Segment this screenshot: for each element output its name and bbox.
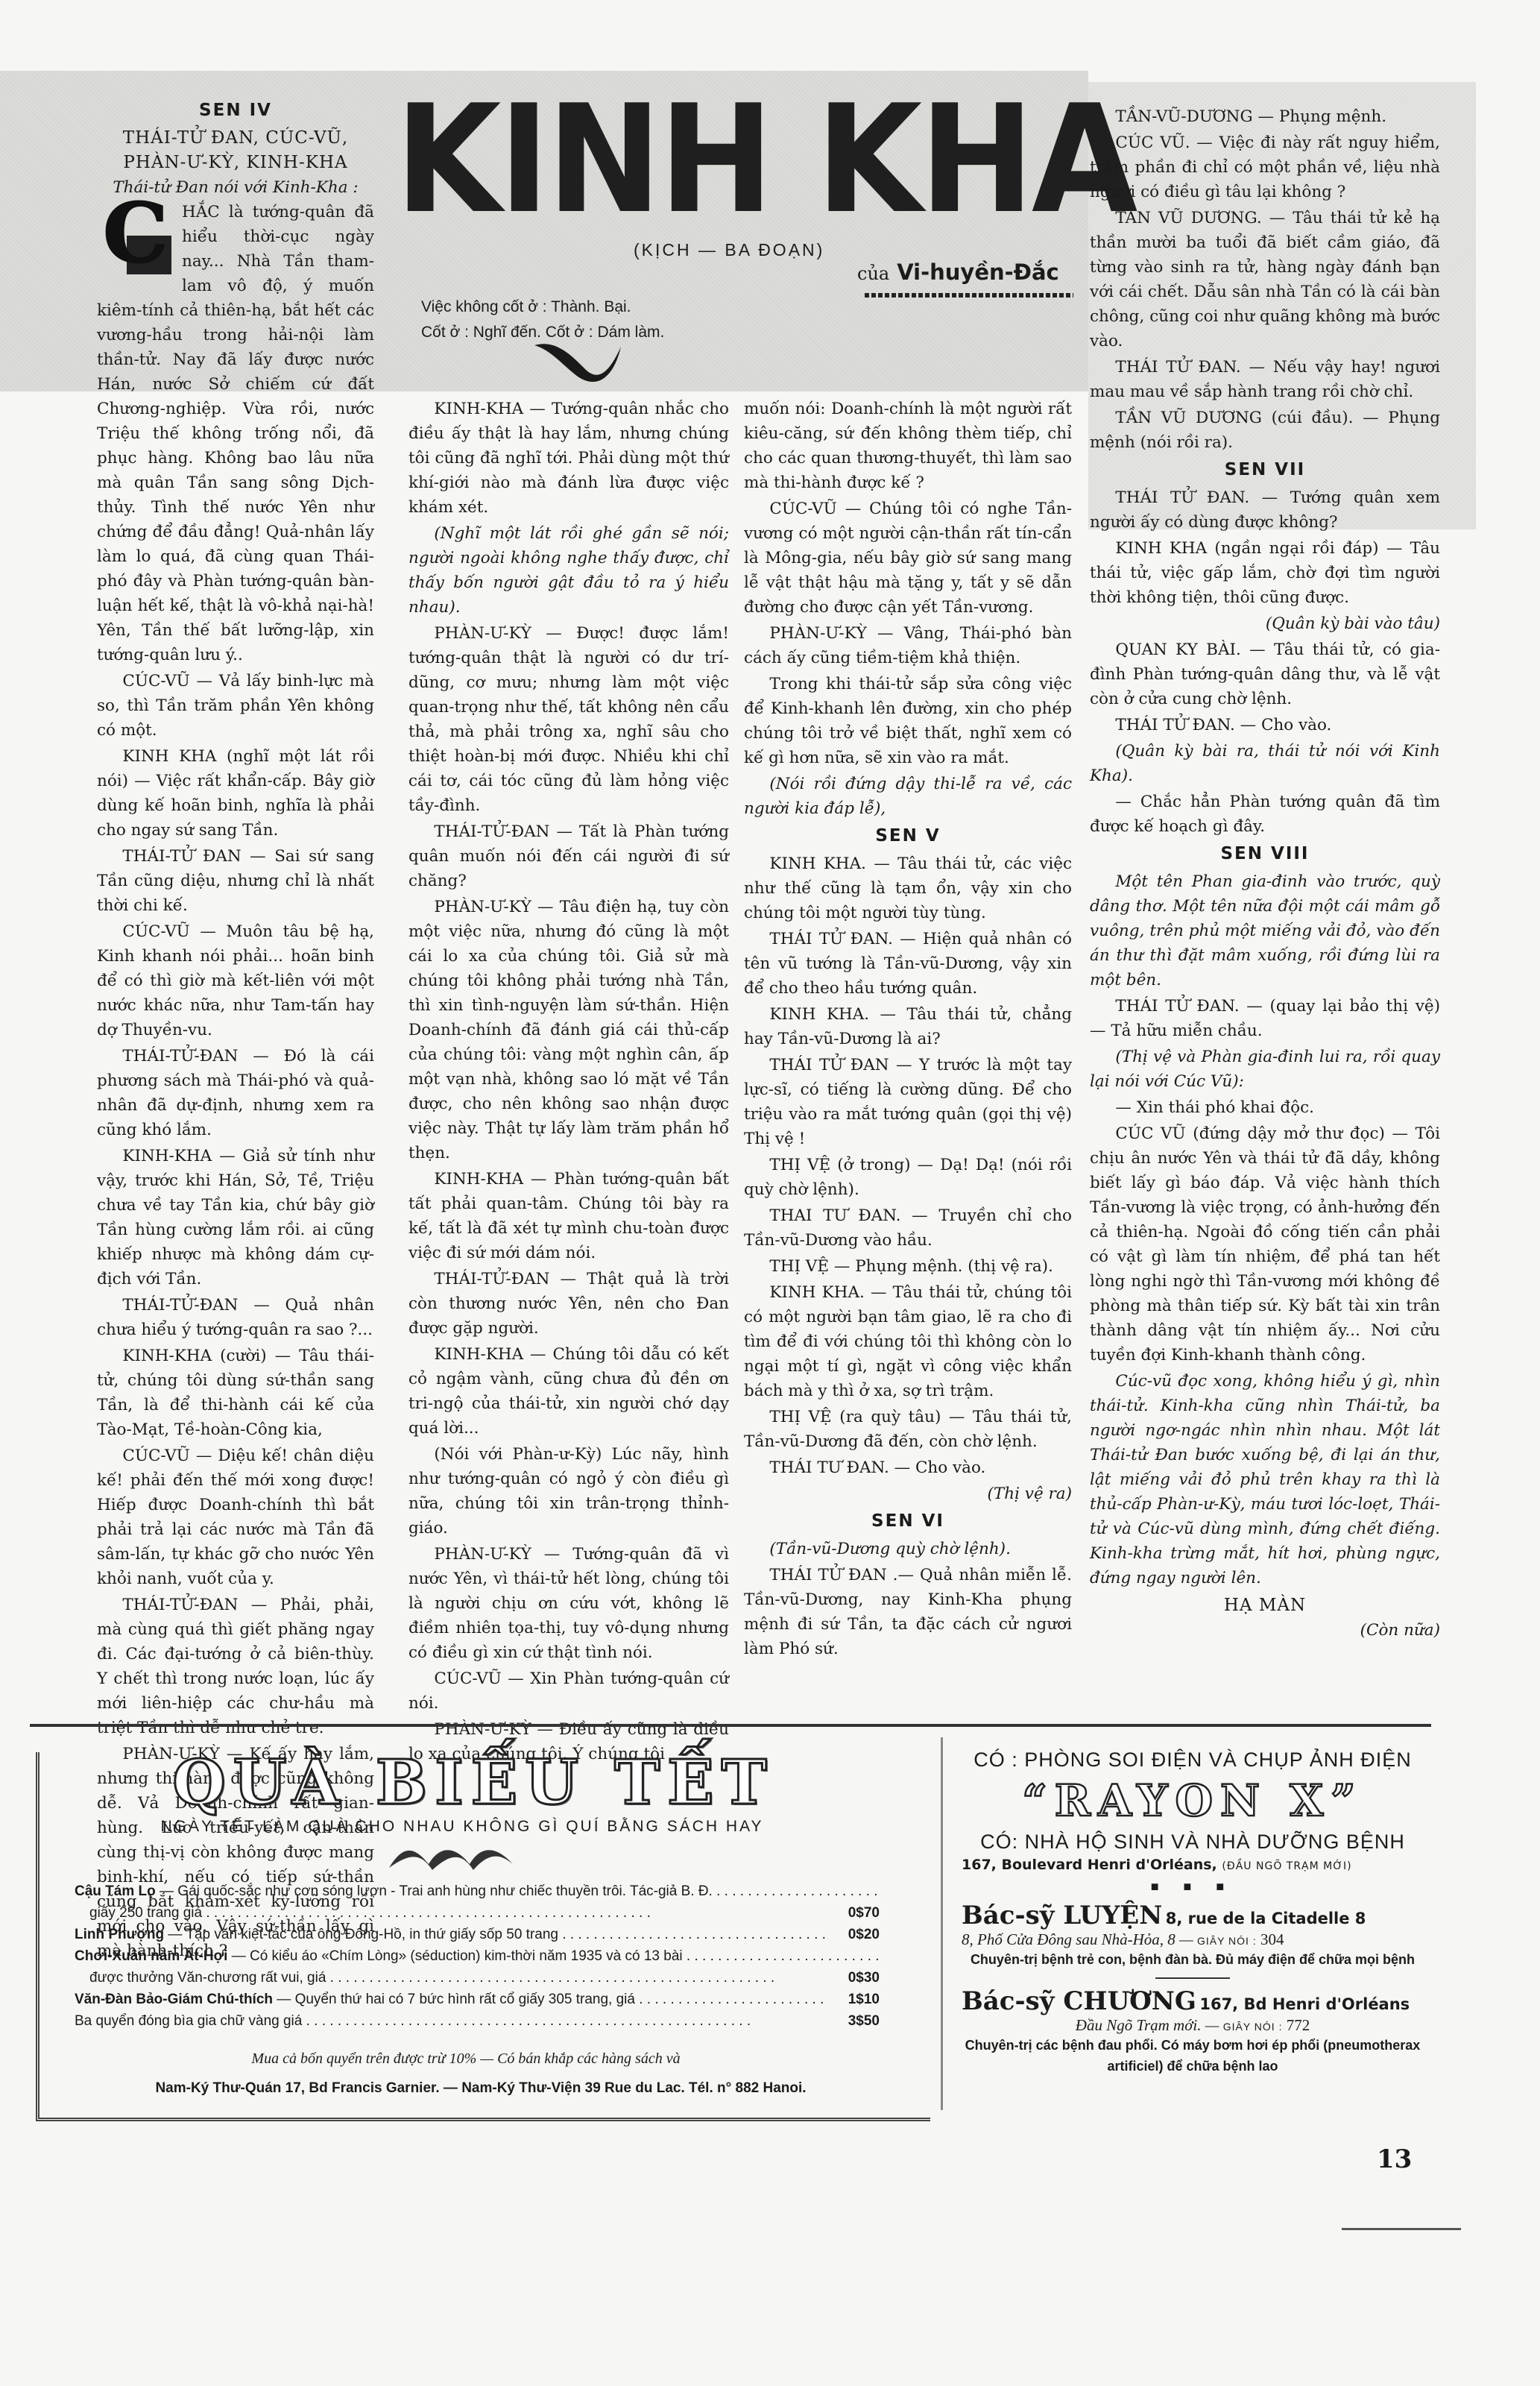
- scene-label: SEN IV: [97, 98, 374, 123]
- paragraph: QUAN KY BÀI. — Tâu thái tử, có gia-đình …: [1090, 638, 1440, 711]
- scene-label: SEN VIII: [1090, 842, 1440, 866]
- page-number: 13: [1377, 2144, 1412, 2174]
- paragraph: PHÀN-Ư-KỲ — Tâu điện hạ, tuy còn một việ…: [408, 895, 729, 1165]
- stage-direction: (Nghĩ một lát rồi ghé gần sẽ nói; người …: [408, 521, 729, 620]
- stage-direction: Một tên Phan gia-đinh vào trước, quỳ dân…: [1090, 869, 1440, 992]
- clinic-address: 167, Boulevard Henri d'Orléans, (ĐẦU NGÕ…: [962, 1857, 1424, 1873]
- doctor-2-address: Đầu Ngõ Trạm mới. — GIÂY NÓI : 772: [962, 2016, 1424, 2035]
- paragraph: — Chắc hẳn Phàn tướng quân đã tìm được k…: [1090, 790, 1440, 839]
- ad-discount-note: Mua cả bốn quyển trên được trừ 10% — Có …: [112, 2050, 820, 2068]
- stage-direction: (Thị vệ ra): [744, 1482, 1072, 1506]
- section-divider: [30, 1724, 1431, 1727]
- paragraph: THÁI-TỬ-ĐAN — Thật quả là trời còn thươn…: [408, 1267, 729, 1341]
- column-2: KINH-KHA — Tướng-quân nhắc cho điều ấy t…: [408, 397, 729, 1768]
- paragraph: KINH KHA. — Tâu thái tử, chúng tôi có mộ…: [744, 1280, 1072, 1403]
- column-1: SEN IV THÁI-TỬ ĐAN, CÚC-VŨ, PHÀN-Ư-KỲ, K…: [97, 95, 374, 1965]
- author-name: Vi-huyền-Đắc: [897, 259, 1059, 285]
- paragraph: THÁI TỬ ĐAN. — Cho vào.: [1090, 713, 1440, 737]
- paragraph: CHẮC là tướng-quân đã hiểu thời-cục ngày…: [97, 200, 374, 667]
- column-3: muốn nói: Doanh-chính là một người rất k…: [744, 397, 1072, 1663]
- masthead: KINH KHA: [395, 97, 1103, 246]
- doctor-2-description: Chuyên-trị các bệnh đau phổi. Có máy bơm…: [962, 2035, 1424, 2077]
- section-divider: [941, 1737, 943, 2110]
- stage-direction: (Quân kỳ bài ra, thái tử nói với Kinh Kh…: [1090, 739, 1440, 788]
- square-ornament-icon: ■ ■ ■: [962, 1879, 1424, 1895]
- paragraph: PHÀN-Ư-KỲ — Vâng, Thái-phó bàn cách ấy c…: [744, 621, 1072, 670]
- doctor-1-address: 8, Phố Cửa Đông sau Nhà-Hỏa, 8 — GIÂY NÓ…: [962, 1930, 1424, 1949]
- paragraph: (Nói với Phàn-ư-Kỳ) Lúc nãy, hình như tư…: [408, 1442, 729, 1540]
- paragraph: Trong khi thái-tử sắp sửa công việc để K…: [744, 672, 1072, 770]
- byline: củaVi-huyền-Đắc: [857, 259, 1059, 285]
- paragraph: — Xin thái phó khai độc.: [1090, 1095, 1440, 1120]
- stage-direction: Cúc-vũ đọc xong, không hiểu ý gì, nhìn t…: [1090, 1369, 1440, 1590]
- motto: Việc không cốt ở : Thành. Bại. Cốt ở : N…: [421, 295, 664, 345]
- paragraph: THÁI TỬ ĐAN. — (quay lại bảo thị vệ) — T…: [1090, 994, 1440, 1043]
- paragraph: KINH KHA (nghĩ một lát rồi nói) — Việc r…: [97, 744, 374, 843]
- paragraph: PHÀN-Ư-KỲ — Tướng-quân đã vì nước Yên, v…: [408, 1542, 729, 1665]
- paragraph: CÚC VŨ (đứng dậy mở thư đọc) — Tôi chịu …: [1090, 1121, 1440, 1367]
- stage-direction: (Thị vệ và Phàn gia-đinh lui ra, rồi qua…: [1090, 1045, 1440, 1094]
- paragraph: KINH KHA. — Tâu thái tử, chẳng hay Tần-v…: [744, 1002, 1072, 1051]
- paragraph: KINH-KHA — Giả sử tính như vậy, trước kh…: [97, 1144, 374, 1291]
- paragraph: KINH KHA (ngần ngại rồi đáp) — Tâu thái …: [1090, 536, 1440, 610]
- paragraph: TẦN-VŨ-DƯƠNG — Phụng mệnh.: [1090, 104, 1440, 129]
- scene-characters: THÁI-TỬ ĐAN, CÚC-VŨ,: [97, 126, 374, 151]
- bottom-rule: [1342, 2228, 1461, 2230]
- newspaper-page: KINH KHA (KỊCH — BA ĐOẠN) củaVi-huyền-Đắ…: [0, 0, 1540, 2386]
- paragraph: THỊ VỆ — Phụng mệnh. (thị vệ ra).: [744, 1254, 1072, 1279]
- book-item-price: được thưởng Văn-chương rất vui, giá0$30: [75, 1967, 880, 1989]
- book-item: Cậu Tám Lọ — Gái quốc-sắc như cơn sóng l…: [75, 1880, 880, 1902]
- paragraph: CÚC-VŨ — Chúng tôi có nghe Tần-vương có …: [744, 497, 1072, 620]
- continued-label: (Còn nữa): [1090, 1618, 1440, 1643]
- clinic-ad-line: CÓ : PHÒNG SOI ĐIỆN VÀ CHỤP ẢNH ĐIỆN: [962, 1745, 1424, 1775]
- paragraph: KINH-KHA — Chúng tôi dẫu có kết cỏ ngậm …: [408, 1342, 729, 1441]
- paragraph: CÚC-VŨ — Vả lấy binh-lực mà so, thì Tần …: [97, 669, 374, 743]
- paragraph: THÁI TỬ ĐAN .— Quả nhân miễn lễ. Tần-vũ-…: [744, 1563, 1072, 1661]
- curtain-label: HẠ MÀN: [1090, 1593, 1440, 1618]
- paragraph: PHÀN-Ư-KỲ — Được! được lắm! tướng-quân t…: [408, 621, 729, 818]
- paragraph: CÚC-VŨ — Diệu kế! chân diệu kế! phải đến…: [97, 1444, 374, 1591]
- paragraph: THÁI-TỬ-ĐAN — Tất là Phàn tướng quân muố…: [408, 819, 729, 893]
- paragraph: CÚC-VŨ — Muôn tâu bệ hạ, Kinh khanh nói …: [97, 919, 374, 1042]
- scene-label: SEN VII: [1090, 458, 1440, 482]
- doctor-1: Bác-sỹ LUYỆN 8, rue de la Citadelle 8: [962, 1901, 1424, 1930]
- book-list: Cậu Tám Lọ — Gái quốc-sắc như cơn sóng l…: [75, 1880, 880, 2032]
- paragraph: THÁI-TỬ-ĐAN — Đó là cái phương sách mà T…: [97, 1044, 374, 1142]
- paragraph: THÁI TỬ ĐAN. — Nếu vậy hay! ngươi mau ma…: [1090, 355, 1440, 404]
- article-title: KINH KHA: [395, 97, 1047, 224]
- byline-prefix: của: [857, 263, 889, 284]
- scene-characters: PHÀN-Ư-KỲ, KINH-KHA: [97, 151, 374, 175]
- paragraph: THÁI TỬ ĐAN — Y trước là một tay lực-sĩ,…: [744, 1053, 1072, 1151]
- clinic-ad: CÓ : PHÒNG SOI ĐIỆN VÀ CHỤP ẢNH ĐIỆN “RA…: [962, 1745, 1424, 2077]
- divider: [1155, 1977, 1230, 1979]
- paragraph: KINH KHA. — Tâu thái tử, các việc như th…: [744, 852, 1072, 925]
- ad-subtitle: NGÀY TẾT LÀM QUÀ CHO NHAU KHÔNG GÌ QUÍ B…: [89, 1818, 835, 1836]
- dropcap: C: [103, 203, 171, 274]
- paragraph: THÁI TỬ ĐAN. — Tướng quân xem người ấy c…: [1090, 485, 1440, 535]
- paragraph: THÁI-TỬ ĐAN — Sai sứ sang Tần cũng diệu,…: [97, 844, 374, 918]
- paragraph: THỊ VỆ (ở trong) — Dạ! Dạ! (nói rồi quỳ …: [744, 1153, 1072, 1202]
- rayon-x-heading: “RAYON X”: [962, 1775, 1424, 1827]
- paragraph: THỊ VỆ (ra quỳ tâu) — Tâu thái tử, Tần-v…: [744, 1405, 1072, 1454]
- book-item: Chơi-Xuân năm Ất-Hợi — Có kiểu áo «Chím …: [75, 1945, 880, 1967]
- scene-label: SEN VI: [744, 1509, 1072, 1534]
- doctor-2: Bác-sỹ CHƯƠNG 167, Bd Henri d'Orléans: [962, 1986, 1424, 2016]
- paragraph: muốn nói: Doanh-chính là một người rất k…: [744, 397, 1072, 495]
- paragraph: THÁI TỬ ĐAN. — Hiện quả nhân có tên vũ t…: [744, 927, 1072, 1001]
- column-4: TẦN-VŨ-DƯƠNG — Phụng mệnh. CÚC VŨ. — Việ…: [1090, 104, 1440, 1644]
- paragraph: THÁI-TỬ-ĐAN — Quả nhân chưa hiểu ý tướng…: [97, 1293, 374, 1342]
- swash-ornament-icon: [533, 339, 622, 384]
- paragraph: KINH-KHA — Phàn tướng-quân bất tất phải …: [408, 1167, 729, 1265]
- stage-direction: (Quân kỳ bài vào tâu): [1090, 611, 1440, 636]
- motto-line: Việc không cốt ở : Thành. Bại.: [421, 295, 664, 320]
- scene-label: SEN V: [744, 824, 1072, 849]
- paragraph: THÁI-TỬ-ĐAN — Phải, phải, mà cùng quá th…: [97, 1593, 374, 1740]
- book-item: Linh Phượng — Tập văn kiệt-tác của ông Đ…: [75, 1924, 880, 1945]
- paragraph: KINH-KHA (cười) — Tâu thái-tử, chúng tôi…: [97, 1344, 374, 1442]
- book-item-price: giấy 250 trang giá0$70: [75, 1902, 880, 1924]
- paragraph: CÚC-VŨ — Xin Phàn tướng-quân cứ nói.: [408, 1666, 729, 1716]
- article-subtitle: (KỊCH — BA ĐOẠN): [634, 240, 824, 260]
- book-item: Văn-Đàn Bảo-Giám Chú-thích — Quyển thứ h…: [75, 1989, 880, 2010]
- paragraph: CÚC VŨ. — Việc đi này rất nguy hiểm, tră…: [1090, 130, 1440, 204]
- wave-ornament-icon: [388, 1842, 514, 1872]
- byline-rule: [865, 293, 1073, 298]
- doctor-1-description: Chuyên-trị bệnh trẻ con, bệnh đàn bà. Đủ…: [962, 1949, 1424, 1970]
- clinic-ad-line: CÓ: NHÀ HỘ SINH VÀ NHÀ DƯỠNG BỆNH: [962, 1827, 1424, 1857]
- ad-title: QUÀ BIẾU TẾT: [157, 1747, 790, 1819]
- paragraph: TẦN VŨ DƯƠNG (cúi đầu). — Phụng mệnh (nó…: [1090, 406, 1440, 455]
- stage-direction: (Tần-vũ-Dương quỳ chờ lệnh).: [744, 1537, 1072, 1561]
- paragraph: THAI TƯ ĐAN. — Truyền chỉ cho Tần-vũ-Dươ…: [744, 1203, 1072, 1253]
- paragraph: THÁI TƯ ĐAN. — Cho vào.: [744, 1455, 1072, 1480]
- paragraph: KINH-KHA — Tướng-quân nhắc cho điều ấy t…: [408, 397, 729, 520]
- book-item: Ba quyển đóng bìa gia chữ vàng giá3$50: [75, 2010, 880, 2032]
- ad-address: Nam-Ký Thư-Quán 17, Bd Francis Garnier. …: [71, 2080, 891, 2097]
- paragraph: TAN VŨ DƯƠNG. — Tâu thái tử kẻ hạ thần m…: [1090, 206, 1440, 353]
- stage-direction: (Nói rồi đứng dậy thi-lễ ra về, các ngườ…: [744, 772, 1072, 821]
